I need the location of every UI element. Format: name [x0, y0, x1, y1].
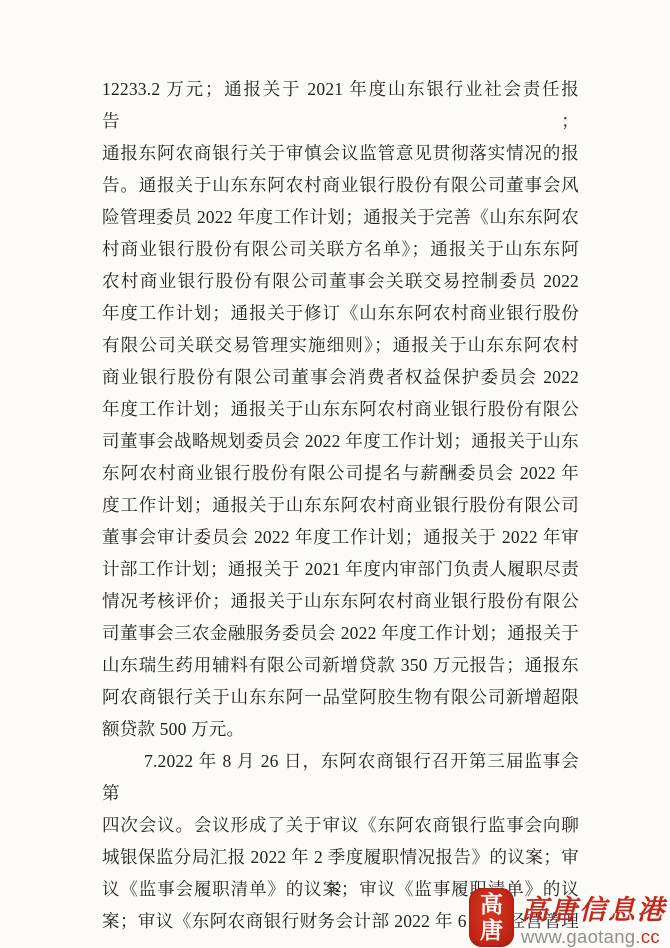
seal-char-top: 高 — [480, 892, 503, 918]
watermark-url-red-part: cc — [641, 926, 660, 947]
text-line: 通报东阿农商银行关于审慎会议监管意见贯彻落实情况的报 — [102, 137, 579, 169]
text-line: 年度工作计划；通报关于修订《山东东阿农村商业银行股份 — [102, 297, 579, 329]
text-line: 商业银行股份有限公司董事会消费者权益保护委员会 2022 — [102, 361, 579, 393]
text-line: 城银保监分局汇报 2022 年 2 季度履职情况报告》的议案；审 — [102, 841, 579, 873]
text-line: 告。通报关于山东东阿农村商业银行股份有限公司董事会风 — [102, 169, 579, 201]
text-line: 度工作计划；通报关于山东东阿农村商业银行股份有限公司 — [102, 489, 579, 521]
text-line: 山东瑞生药用辅料有限公司新增贷款 350 万元报告；通报东 — [102, 649, 579, 681]
text-line: 险管理委员 2022 年度工作计划；通报关于完善《山东东阿农 — [102, 201, 579, 233]
text-line: 村商业银行股份有限公司关联方名单》；通报关于山东东阿 — [102, 233, 579, 265]
document-body: 12233.2 万元；通报关于 2021 年度山东银行业社会责任报告；通报东阿农… — [102, 73, 579, 937]
text-line: 阿农商银行关于山东东阿一品堂阿胶生物有限公司新增超限 — [102, 681, 579, 713]
watermark-brand-text: 高唐信息港 — [521, 896, 666, 926]
gaotang-seal-logo: 高 唐 — [469, 888, 514, 947]
text-line: 东阿农村商业银行股份有限公司提名与薪酬委员会 2022 年 — [102, 457, 579, 489]
text-line: 计部工作计划；通报关于 2021 年度内审部门负责人履职尽责 — [102, 553, 579, 585]
text-line: 司董事会战略规划委员会 2022 年度工作计划；通报关于山东 — [102, 425, 579, 457]
gaotang-watermark: 高 唐 高唐信息港 www.gaotang.cc — [469, 888, 666, 947]
text-line: 司董事会三农金融服务委员会 2022 年度工作计划；通报关于 — [102, 617, 579, 649]
text-line: 有限公司关联交易管理实施细则》；通报关于山东东阿农村 — [102, 329, 579, 361]
text-line: 额贷款 500 万元。 — [102, 713, 579, 745]
text-line: 情况考核评价；通报关于山东东阿农村商业银行股份有限公 — [102, 585, 579, 617]
watermark-url: www.gaotang.cc — [521, 926, 660, 947]
seal-char-bottom: 唐 — [480, 918, 503, 944]
watermark-brand: 高唐信息港 www.gaotang.cc — [521, 896, 666, 947]
text-line: 12233.2 万元；通报关于 2021 年度山东银行业社会责任报告； — [102, 73, 579, 137]
text-line: 年度工作计划；通报关于山东东阿农村商业银行股份有限公 — [102, 393, 579, 425]
text-line: 董事会审计委员会 2022 年度工作计划；通报关于 2022 年审 — [102, 521, 579, 553]
text-line: 农村商业银行股份有限公司董事会关联交易控制委员 2022 — [102, 265, 579, 297]
document-page: 12233.2 万元；通报关于 2021 年度山东银行业社会责任报告；通报东阿农… — [0, 0, 670, 948]
text-line: 7.2022 年 8 月 26 日，东阿农商银行召开第三届监事会第 — [102, 745, 579, 809]
text-line: 四次会议。会议形成了关于审议《东阿农商银行监事会向聊 — [102, 809, 579, 841]
watermark-url-gray-part: www.gaotang. — [521, 926, 641, 947]
